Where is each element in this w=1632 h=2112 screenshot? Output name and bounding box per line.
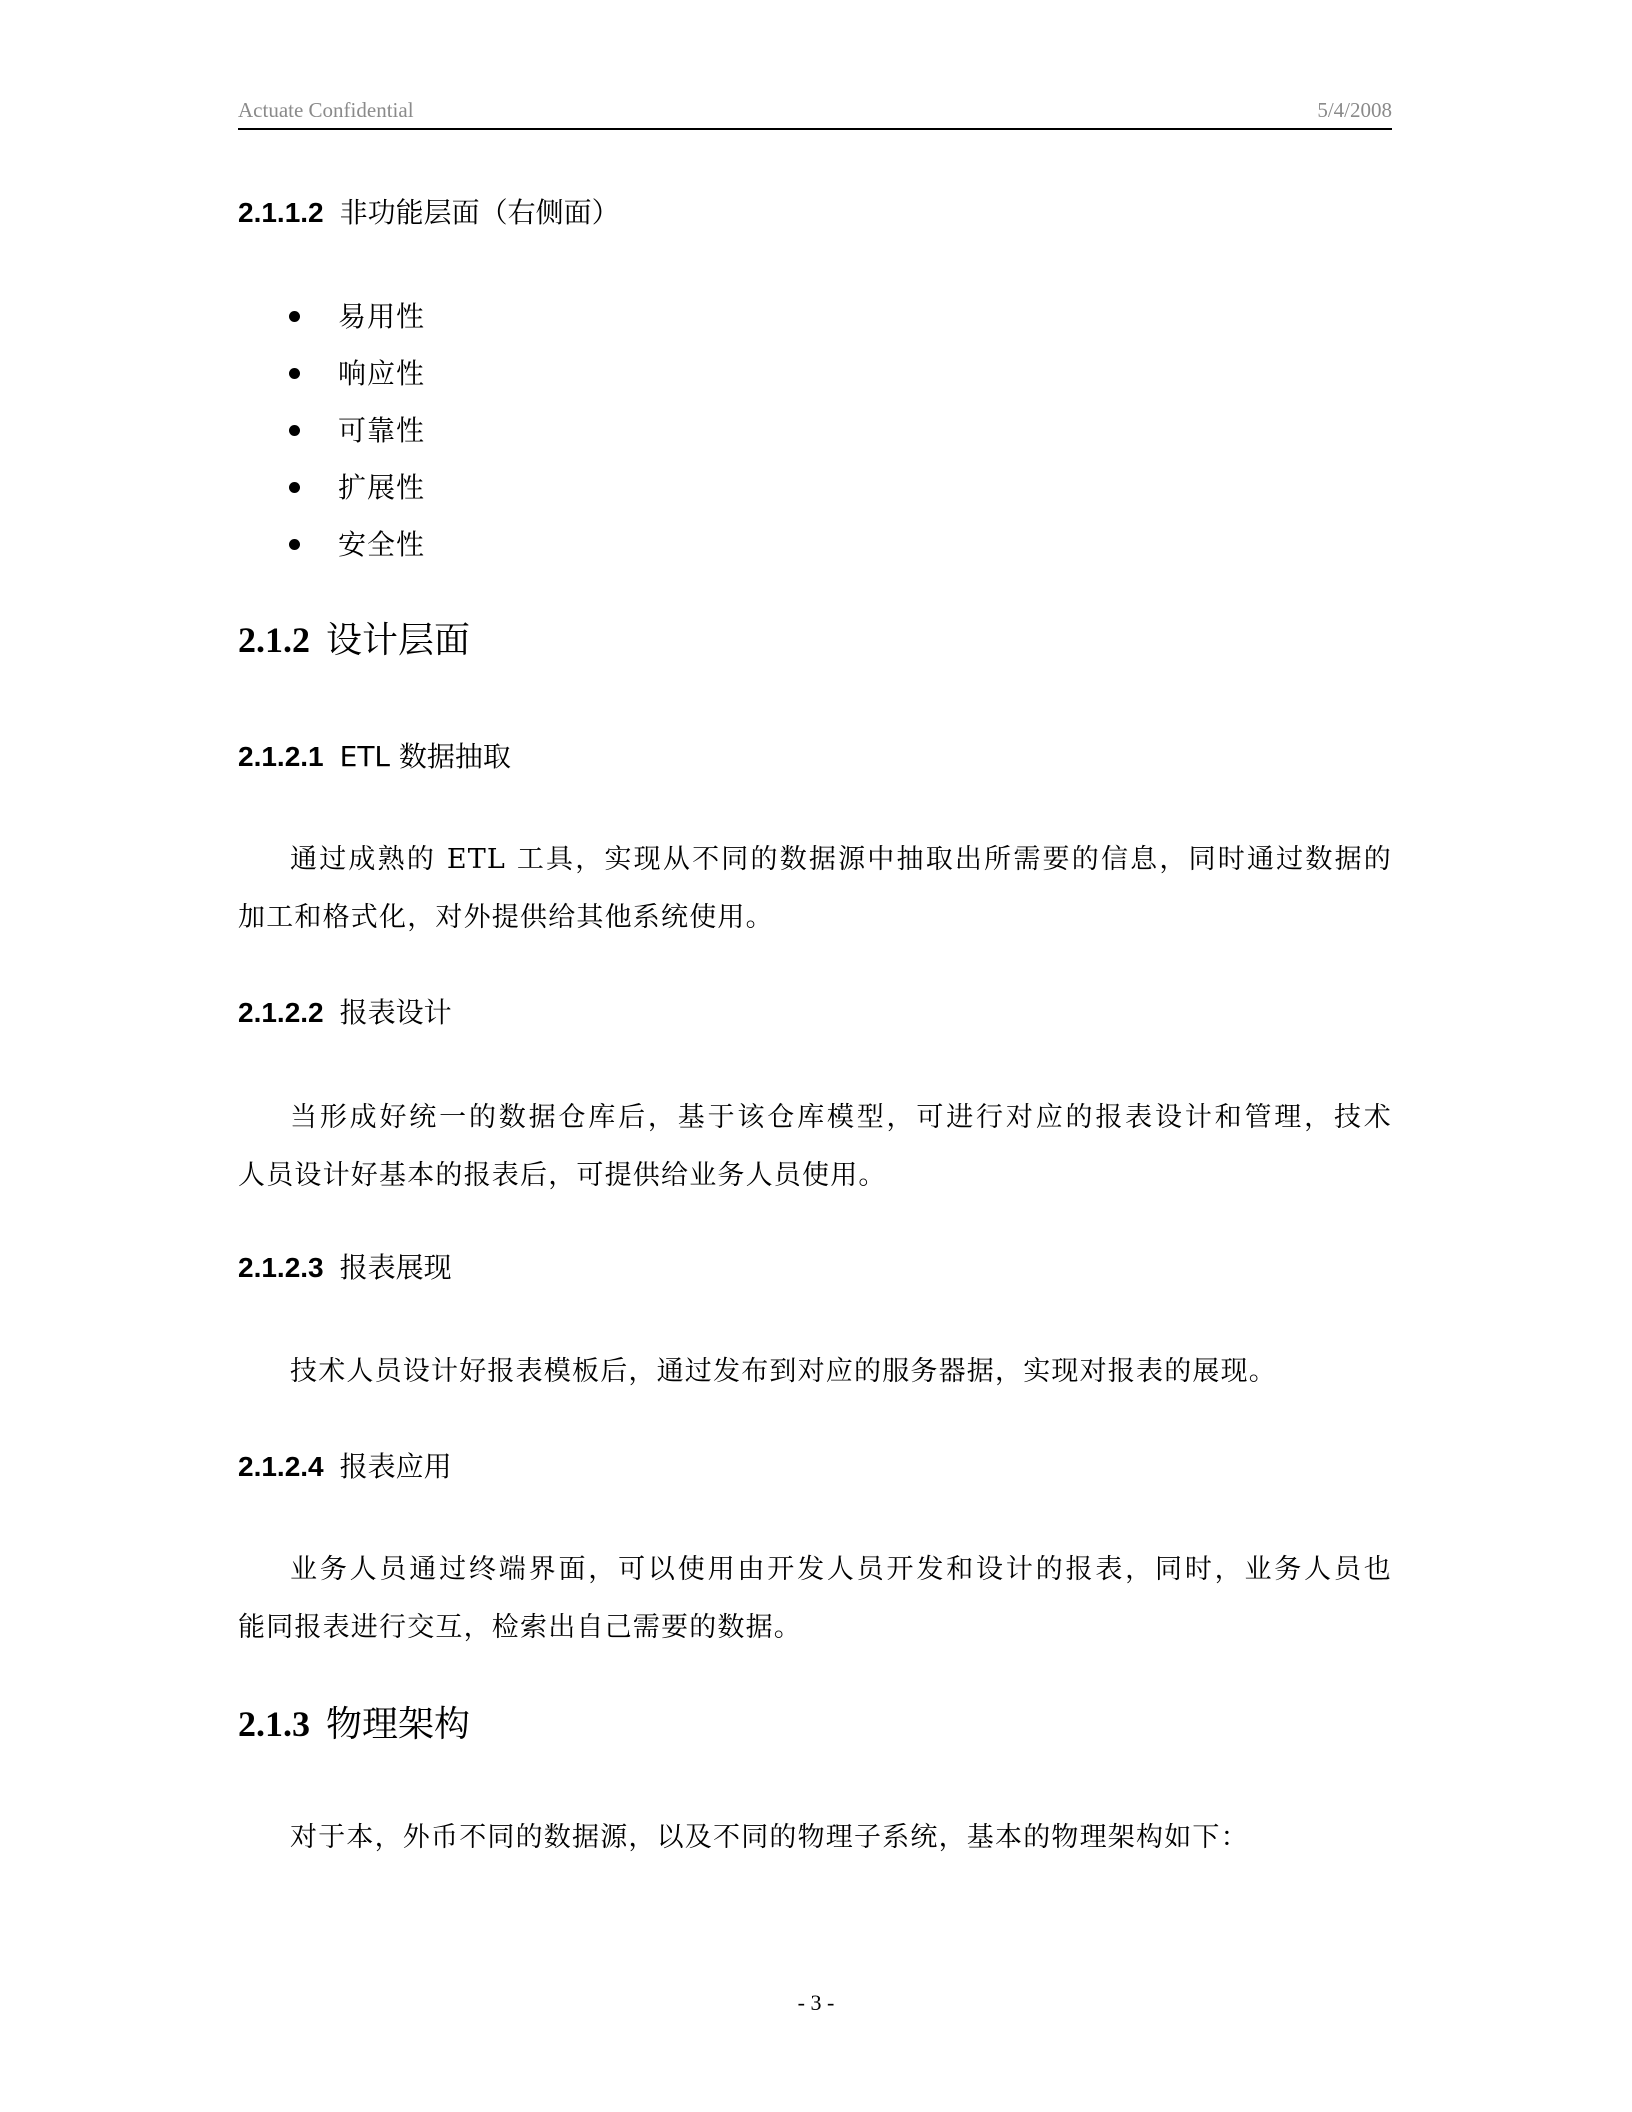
page-number: - 3 - [0,1989,1632,2017]
heading-2-1-2-2: 2.1.2.2报表设计 [238,995,452,1031]
heading-number: 2.1.2 [238,618,310,662]
bullet-icon [289,482,300,493]
bullet-icon [289,368,300,379]
header-confidential-label: Actuate Confidential [238,98,414,122]
heading-title: 报表设计 [340,996,452,1029]
heading-title: 设计层面 [326,620,470,661]
heading-title: 报表展现 [340,1251,452,1284]
paragraph-line: 能同报表进行交互，检索出自己需要的数据。 [238,1599,1392,1657]
heading-2-1-2-4: 2.1.2.4报表应用 [238,1449,452,1485]
heading-2-1-2-3: 2.1.2.3报表展现 [238,1250,452,1286]
page-header: Actuate Confidential 5/4/2008 [238,98,1392,130]
list-item: 可靠性 [238,411,638,451]
bullet-icon [289,425,300,436]
heading-number: 2.1.3 [238,1702,310,1746]
list-item: 扩展性 [238,468,638,508]
paragraph-line: 当形成好统一的数据仓库后，基于该仓库模型，可进行对应的报表设计和管理，技术 [238,1089,1392,1147]
heading-title: ETL 数据抽取 [340,740,511,773]
heading-number: 2.1.2.3 [238,1250,324,1286]
paragraph-line: 技术人员设计好报表模板后，通过发布到对应的服务器据，实现对报表的展现。 [238,1343,1392,1401]
heading-2-1-2: 2.1.2设计层面 [238,618,470,663]
paragraph-line: 通过成熟的 ETL 工具，实现从不同的数据源中抽取出所需要的信息，同时通过数据的 [238,831,1392,889]
list-item-text: 扩展性 [338,468,425,508]
list-item-text: 易用性 [338,297,425,337]
list-item: 易用性 [238,297,638,337]
paragraph-line: 加工和格式化，对外提供给其他系统使用。 [238,889,1392,947]
paragraph-line: 对于本，外币不同的数据源，以及不同的物理子系统，基本的物理架构如下： [238,1809,1392,1867]
paragraph-line: 人员设计好基本的报表后，可提供给业务人员使用。 [238,1147,1392,1205]
paragraph-physical-architecture: 对于本，外币不同的数据源，以及不同的物理子系统，基本的物理架构如下： [238,1809,1392,1867]
heading-number: 2.1.2.4 [238,1449,324,1485]
heading-2-1-2-1: 2.1.2.1ETL 数据抽取 [238,739,511,775]
list-item-text: 可靠性 [338,411,425,451]
list-item: 安全性 [238,525,638,565]
heading-title: 报表应用 [340,1450,452,1483]
paragraph-report-application: 业务人员通过终端界面，可以使用由开发人员开发和设计的报表，同时，业务人员也 能同… [238,1541,1392,1657]
heading-title: 非功能层面（右侧面） [340,196,620,229]
paragraph-line: 业务人员通过终端界面，可以使用由开发人员开发和设计的报表，同时，业务人员也 [238,1541,1392,1599]
heading-number: 2.1.2.2 [238,995,324,1031]
heading-number: 2.1.2.1 [238,739,324,775]
list-item: 响应性 [238,354,638,394]
paragraph-report-display: 技术人员设计好报表模板后，通过发布到对应的服务器据，实现对报表的展现。 [238,1343,1392,1401]
heading-number: 2.1.1.2 [238,195,324,231]
heading-2-1-3: 2.1.3物理架构 [238,1702,470,1747]
paragraph-etl: 通过成熟的 ETL 工具，实现从不同的数据源中抽取出所需要的信息，同时通过数据的… [238,831,1392,947]
heading-2-1-1-2: 2.1.1.2非功能层面（右侧面） [238,195,620,231]
list-item-text: 响应性 [338,354,425,394]
bullet-icon [289,311,300,322]
heading-title: 物理架构 [326,1704,470,1745]
paragraph-report-design: 当形成好统一的数据仓库后，基于该仓库模型，可进行对应的报表设计和管理，技术 人员… [238,1089,1392,1205]
header-date: 5/4/2008 [1317,98,1392,122]
list-item-text: 安全性 [338,525,425,565]
bullet-icon [289,539,300,550]
